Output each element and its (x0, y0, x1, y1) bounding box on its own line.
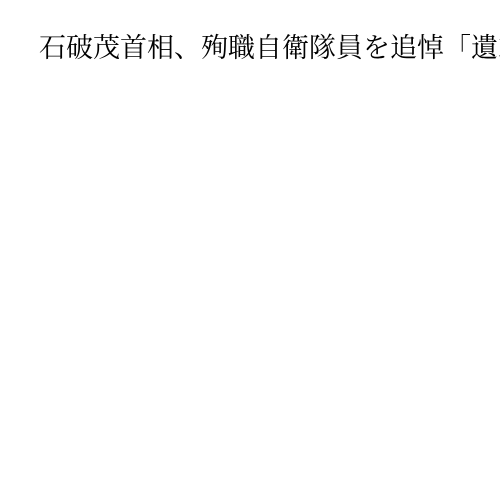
article-headline: 石破茂首相、殉職自衛隊員を追悼「遺志受 (39, 33, 500, 64)
article-page: 石破茂首相、殉職自衛隊員を追悼「遺志受 (0, 0, 500, 500)
